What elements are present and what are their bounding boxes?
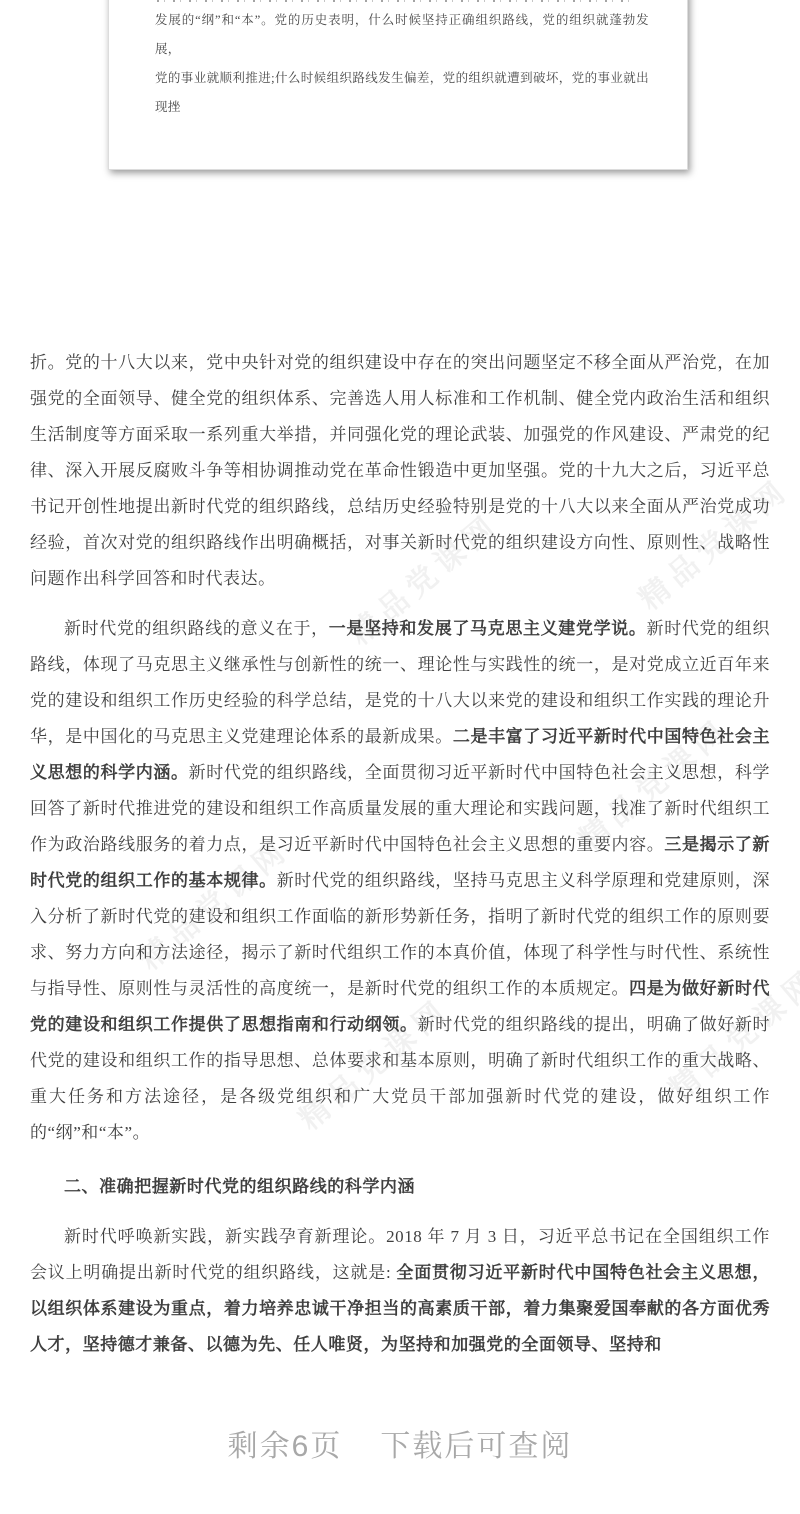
text-run: 新时代党的组织路线的提出，明确了做好新时代党的建设和组织工作的指导思想、总体要求…	[30, 1015, 770, 1142]
bold-text-run: 一是坚持和发展了马克思主义建党学说。	[329, 619, 647, 638]
download-hint-text: 下载后可查阅	[380, 1430, 572, 1463]
remaining-pages-notice[interactable]: 剩余6页下载后可查阅	[30, 1429, 770, 1465]
clipped-text-strip	[157, 0, 636, 2]
paragraph-continuation: 折。党的十八大以来，党中央针对党的组织建设中存在的突出问题坚定不移全面从严治党，…	[30, 345, 770, 597]
document-body: 折。党的十八大以来，党中央针对党的组织建设中存在的突出问题坚定不移全面从严治党，…	[0, 0, 800, 1465]
page-preview-card: 发展的“纲”和“本”。党的历史表明，什么时候坚持正确组织路线，党的组织就蓬勃发展…	[108, 0, 688, 170]
paragraph-scientific-content: 新时代呼唤新实践，新实践孕育新理论。2018 年 7 月 3 日，习近平总书记在…	[30, 1219, 770, 1363]
page-preview-text: 发展的“纲”和“本”。党的历史表明，什么时候坚持正确组织路线，党的组织就蓬勃发展…	[109, 0, 687, 122]
preview-line: 发展的“纲”和“本”。党的历史表明，什么时候坚持正确组织路线，党的组织就蓬勃发展…	[155, 6, 649, 64]
section-heading: 二、准确把握新时代党的组织路线的科学内涵	[30, 1169, 770, 1205]
paragraph-significance: 新时代党的组织路线的意义在于，一是坚持和发展了马克思主义建党学说。新时代党的组织…	[30, 611, 770, 1151]
preview-line: 党的事业就顺利推进;什么时候组织路线发生偏差，党的组织就遭到破坏，党的事业就出现…	[155, 64, 649, 122]
pages-left-text: 剩余6页	[228, 1430, 343, 1463]
text-run: 新时代党的组织路线的意义在于，	[64, 619, 329, 638]
